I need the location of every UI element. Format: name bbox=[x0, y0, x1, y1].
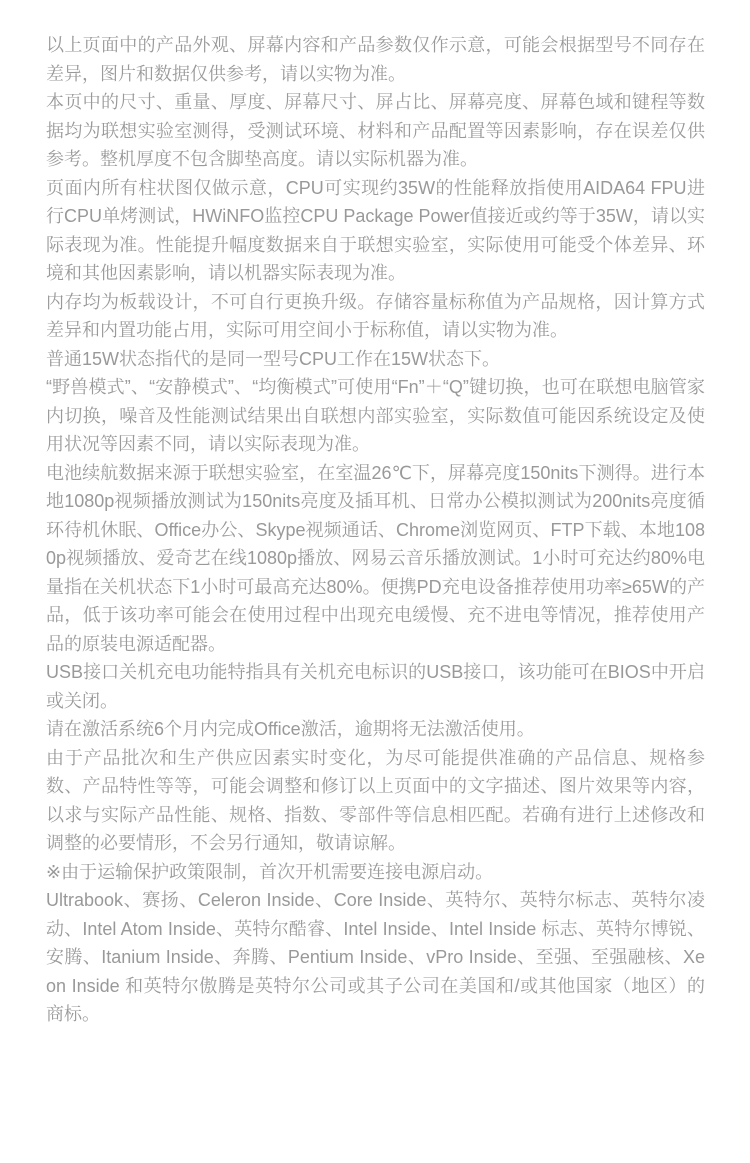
disclaimer-paragraph-appearance: 以上页面中的产品外观、屏幕内容和产品参数仅作示意，可能会根据型号不同存在差异，图… bbox=[46, 31, 705, 88]
disclaimer-paragraph-office-activation: 请在激活系统6个月内完成Office激活，逾期将无法激活使用。 bbox=[46, 715, 705, 744]
disclaimer-paragraph-shipping-protection: ※由于运输保护政策限制，首次开机需要连接电源启动。 bbox=[46, 858, 705, 887]
disclaimer-paragraph-battery-tests: 电池续航数据来源于联想实验室，在室温26℃下，屏幕亮度150nits下测得。进行… bbox=[46, 459, 705, 659]
disclaimer-paragraph-performance-modes: “野兽模式”、“安静模式”、“均衡模式”可使用“Fn”＋“Q”键切换，也可在联想… bbox=[46, 373, 705, 459]
disclaimer-paragraph-measurements: 本页中的尺寸、重量、厚度、屏幕尺寸、屏占比、屏幕亮度、屏幕色域和键程等数据均为联… bbox=[46, 88, 705, 174]
disclaimer-section: 以上页面中的产品外观、屏幕内容和产品参数仅作示意，可能会根据型号不同存在差异，图… bbox=[0, 0, 750, 1029]
disclaimer-paragraph-product-revisions: 由于产品批次和生产供应因素实时变化，为尽可能提供准确的产品信息、规格参数、产品特… bbox=[46, 744, 705, 858]
disclaimer-paragraph-usb-charging: USB接口关机充电功能特指具有关机充电标识的USB接口，该功能可在BIOS中开启… bbox=[46, 658, 705, 715]
disclaimer-paragraph-cpu-performance: 页面内所有柱状图仅做示意，CPU可实现约35W的性能释放指使用AIDA64 FP… bbox=[46, 174, 705, 288]
disclaimer-paragraph-15w-state: 普通15W状态指代的是同一型号CPU工作在15W状态下。 bbox=[46, 345, 705, 374]
disclaimer-paragraph-intel-trademarks: Ultrabook、赛扬、Celeron Inside、Core Inside、… bbox=[46, 886, 705, 1029]
disclaimer-paragraph-memory-storage: 内存均为板载设计，不可自行更换升级。存储容量标称值为产品规格，因计算方式差异和内… bbox=[46, 288, 705, 345]
